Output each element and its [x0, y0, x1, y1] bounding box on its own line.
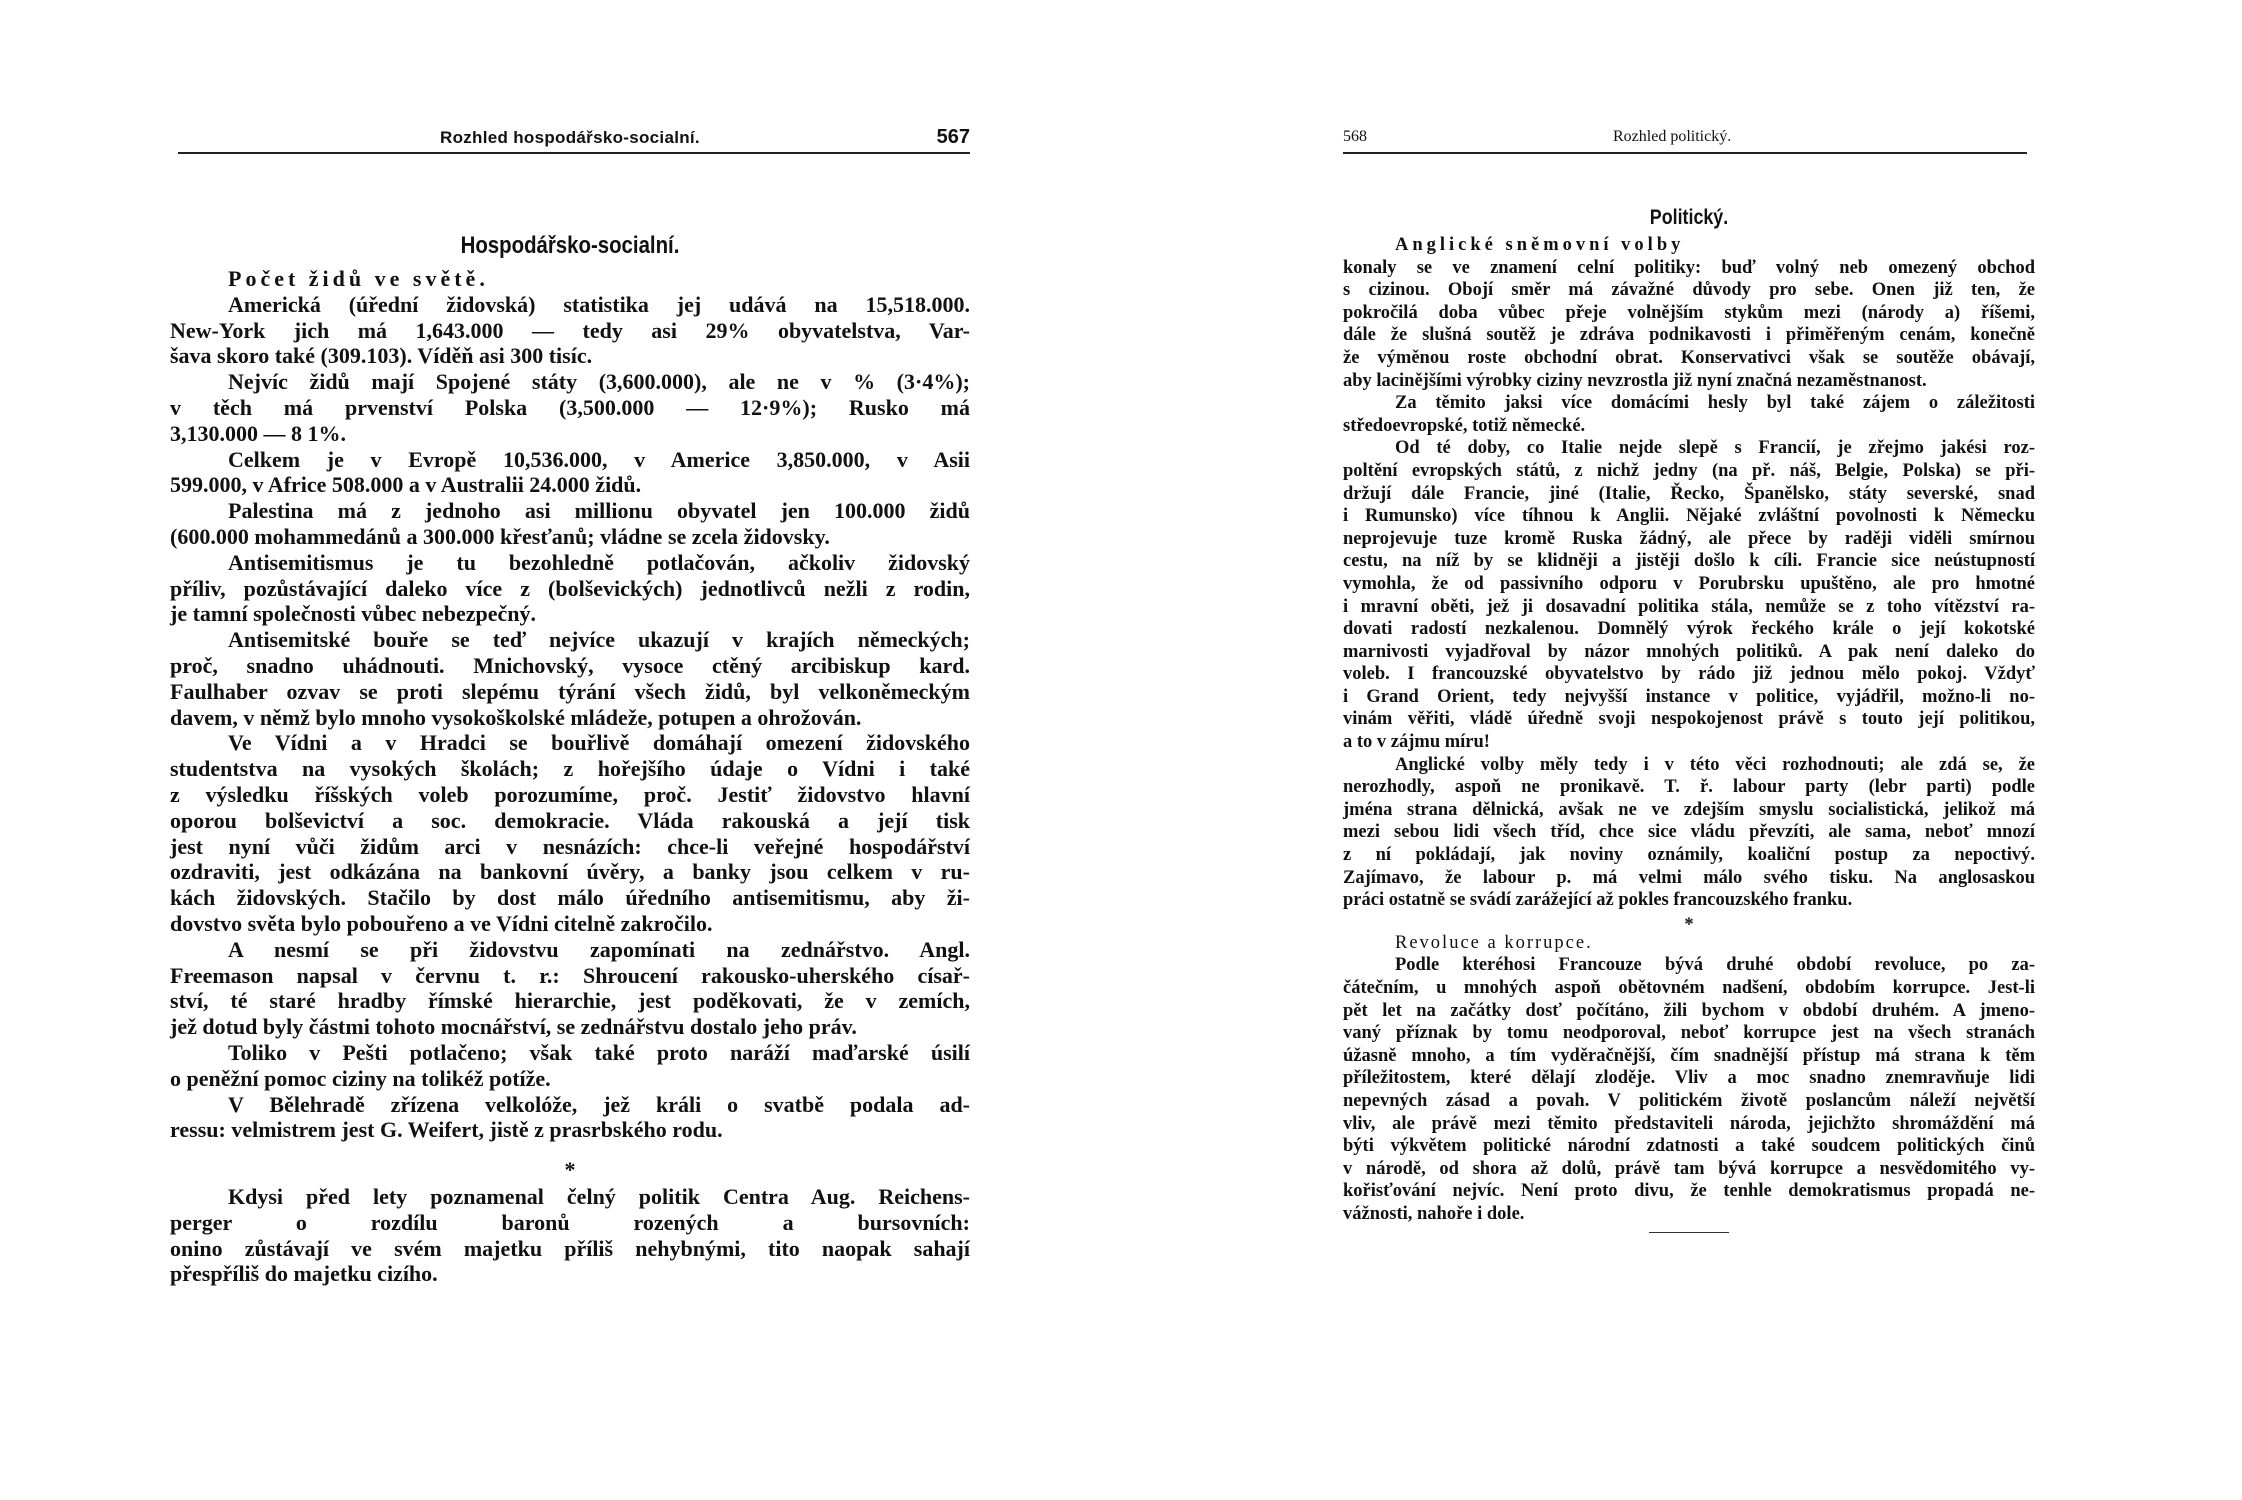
text-line: Americká (úřední židovská) statistika je… — [170, 292, 970, 318]
text-line: z ní pokládají, jak noviny oznámily, koa… — [1343, 844, 2035, 867]
text-line: dále že slušná soutěž je zdráva podnikav… — [1343, 324, 2035, 347]
header-rule — [178, 152, 970, 154]
text-line: ství, té staré hradby římské hierarchie,… — [170, 988, 970, 1014]
text-line: pět let na začátky dosť počítáno, žili b… — [1343, 1000, 2035, 1023]
text-line: 3,130.000 — 8 1%. — [170, 421, 970, 447]
paragraph-lines: Anglické sněmovní volbykonaly se ve znam… — [1343, 234, 2035, 912]
article-body: Počet židů ve světě.Americká (úřední žid… — [170, 266, 970, 1287]
text-line: New-York jich má 1,643.000 — tedy asi 29… — [170, 318, 970, 344]
text-line: a to v zájmu míru! — [1343, 731, 2035, 754]
text-line: býti výkvětem politické národní zdatnost… — [1343, 1135, 2035, 1158]
text-line: čátečním, u mnohých aspoň obětovném nadš… — [1343, 977, 2035, 1000]
text-line: Za těmito jaksi více domácími hesly byl … — [1343, 392, 2035, 415]
text-line: konaly se ve znamení celní politiky: buď… — [1343, 257, 2035, 280]
text-line: z výsledku říšských voleb porozumíme, pr… — [170, 782, 970, 808]
text-line: perger o rozdílu baronů rozených a burso… — [170, 1210, 970, 1236]
text-line: (600.000 mohammedánů a 300.000 křesťanů;… — [170, 524, 970, 550]
closing-paragraph: Kdysi před lety poznamenal čelný politik… — [170, 1184, 970, 1287]
sub-heading: Revoluce a korrupce. — [1343, 932, 2035, 955]
closing-paragraph: Podle kteréhosi Francouze bývá druhé obd… — [1343, 954, 2035, 1225]
text-line: Antisemitské bouře se teď nejvíce ukazuj… — [170, 627, 970, 653]
text-line: cestu, na níž by se klidněji a jistěji d… — [1343, 550, 2035, 573]
text-line: o peněžní pomoc ciziny na tolikéž potíže… — [170, 1066, 970, 1092]
separator-asterisk: * — [170, 1157, 970, 1182]
text-line: je tamní společnosti vůbec nebezpečný. — [170, 601, 970, 627]
text-line: dovstvo světa bylo pobouřeno a ve Vídni … — [170, 911, 970, 937]
text-line: příliv, pozůstávající daleko více z (bol… — [170, 576, 970, 602]
text-line: šava skoro také (309.103). Víděň asi 300… — [170, 343, 970, 369]
page-number: 567 — [937, 126, 970, 149]
text-line: vymohla, že od passivního odporu v Porub… — [1343, 573, 2035, 596]
text-line: příležitostem, které dělají zloděje. Vli… — [1343, 1067, 2035, 1090]
text-line: i mravní oběti, jež ji dosavadní politik… — [1343, 596, 2035, 619]
text-line: Faulhaber ozvav se proti slepému týrání … — [170, 679, 970, 705]
text-line: Počet židů ve světě. — [170, 266, 970, 292]
text-line: proč, snadno uhádnouti. Mnichovský, vyso… — [170, 653, 970, 679]
text-line: Antisemitismus je tu bezohledně potlačov… — [170, 550, 970, 576]
text-line: kách židovských. Stačilo by dost málo úř… — [170, 885, 970, 911]
text-line: poltění evropských států, z nichž jedny … — [1343, 460, 2035, 483]
text-line: Celkem je v Evropě 10,536.000, v Americe… — [170, 447, 970, 473]
text-line: úžasně mnoho, a tím vyděračnější, čím sn… — [1343, 1045, 2035, 1068]
running-head-title: Rozhled politický. — [1613, 128, 1731, 146]
text-line: kořisťování nejvíc. Není proto divu, že … — [1343, 1180, 2035, 1203]
text-line: i Grand Orient, tedy nejvyšší instance v… — [1343, 686, 2035, 709]
text-line: ressu: velmistrem jest G. Weifert, jistě… — [170, 1117, 970, 1143]
text-line: oporou bolševictví a soc. demokracie. Vl… — [170, 808, 970, 834]
text-line: středoevropské, totiž německé. — [1343, 415, 2035, 438]
text-line: vaný příznak by tomu neodporoval, neboť … — [1343, 1022, 2035, 1045]
end-rule — [1649, 1232, 1729, 1233]
article-body: Anglické sněmovní volbykonaly se ve znam… — [1343, 234, 2035, 1233]
text-line: v těch má prvenství Polska (3,500.000 — … — [170, 395, 970, 421]
text-line: ozdraviti, jest odkázána na bankovní úvě… — [170, 859, 970, 885]
text-line: i Rumunsko) více tíhnou k Anglii. Nějaké… — [1343, 505, 2035, 528]
text-line: jež dotud byly částmi tohoto mocnářství,… — [170, 1014, 970, 1040]
section-title: Hospodářsko-socialní. — [230, 232, 910, 260]
text-line: Anglické sněmovní volby — [1343, 234, 2035, 257]
section-title: Politický. — [1395, 206, 1983, 230]
page-number: 568 — [1343, 128, 1367, 146]
text-line: nerozhodly, aspoň ne pronikavě. T. ř. la… — [1343, 776, 2035, 799]
text-line: v národě, od shora až dolů, právě tam bý… — [1343, 1158, 2035, 1181]
text-line: mezi sebou lidi všech tříd, chce sice vl… — [1343, 821, 2035, 844]
text-line: Freemason napsal v červnu t. r.: Shrouce… — [170, 963, 970, 989]
text-line: dovati radostí nezkalenou. Domnělý výrok… — [1343, 618, 2035, 641]
text-line: neprojevuje tuze kromě Ruska žádný, ale … — [1343, 528, 2035, 551]
text-line: A nesmí se při židovstvu zapomínati na z… — [170, 937, 970, 963]
header-rule — [1343, 152, 2027, 154]
text-line: Od té doby, co Italie nejde slepě s Fran… — [1343, 437, 2035, 460]
text-line: pokročilá doba vůbec přeje volnějším sty… — [1343, 302, 2035, 325]
text-line: Podle kteréhosi Francouze bývá druhé obd… — [1343, 954, 2035, 977]
paragraph-lines: Počet židů ve světě.Americká (úřední žid… — [170, 266, 970, 1143]
text-line: V Bělehradě zřízena velkolóže, jež králi… — [170, 1092, 970, 1118]
text-line: jména strana dělnická, avšak ne ve zdejš… — [1343, 799, 2035, 822]
text-line: nepevných zásad a povah. V politickém ži… — [1343, 1090, 2035, 1113]
text-line: 599.000, v Africe 508.000 a v Australii … — [170, 472, 970, 498]
text-line: Kdysi před lety poznamenal čelný politik… — [170, 1184, 970, 1210]
text-line: Toliko v Pešti potlačeno; však také prot… — [170, 1040, 970, 1066]
text-line: vážnosti, nahoře i dole. — [1343, 1203, 2035, 1226]
text-line: vinám věřiti, vládě úředně svoji nespoko… — [1343, 708, 2035, 731]
text-line: přespříliš do majetku cizího. — [170, 1261, 970, 1287]
text-line: davem, v němž bylo mnoho vysokoškolské m… — [170, 705, 970, 731]
text-line: práci ostatně se svádí zarážející až pok… — [1343, 889, 2035, 912]
text-line: studentstva na vysokých školách; z hořej… — [170, 756, 970, 782]
text-line: marnivosti vyjadřoval by názor mnohých p… — [1343, 641, 2035, 664]
text-line: Nejvíc židů mají Spojené státy (3,600.00… — [170, 369, 970, 395]
text-line: s cizinou. Obojí směr má závažné důvody … — [1343, 279, 2035, 302]
text-line: Anglické volby měly tedy i v této věci r… — [1343, 754, 2035, 777]
running-head-title: Rozhled hospodářsko-socialní. — [440, 128, 700, 148]
text-line: Palestina má z jednoho asi millionu obyv… — [170, 498, 970, 524]
text-line: onino zůstávají ve svém majetku příliš n… — [170, 1236, 970, 1262]
text-line: jest nyní vůči židům arci v nesnázích: c… — [170, 834, 970, 860]
text-line: Zajímavo, že labour p. má velmi málo své… — [1343, 867, 2035, 890]
running-head: 568 Rozhled politický. — [1343, 128, 2035, 148]
text-line: Ve Vídni a v Hradci se bouřlivě domáhají… — [170, 730, 970, 756]
separator-asterisk: * — [1343, 912, 2035, 932]
text-line: vliv, ale právě mezi těmito představitel… — [1343, 1113, 2035, 1136]
text-line: držují dále Francie, jiné (Italie, Řecko… — [1343, 483, 2035, 506]
text-line: voleb. I francouzské obyvatelstvo by rád… — [1343, 663, 2035, 686]
running-head: Rozhled hospodářsko-socialní. 567 — [170, 128, 970, 148]
text-line: aby lacinějšími výrobky ciziny nevzrostl… — [1343, 370, 2035, 393]
text-line: že výměnou roste obchodní obrat. Konserv… — [1343, 347, 2035, 370]
